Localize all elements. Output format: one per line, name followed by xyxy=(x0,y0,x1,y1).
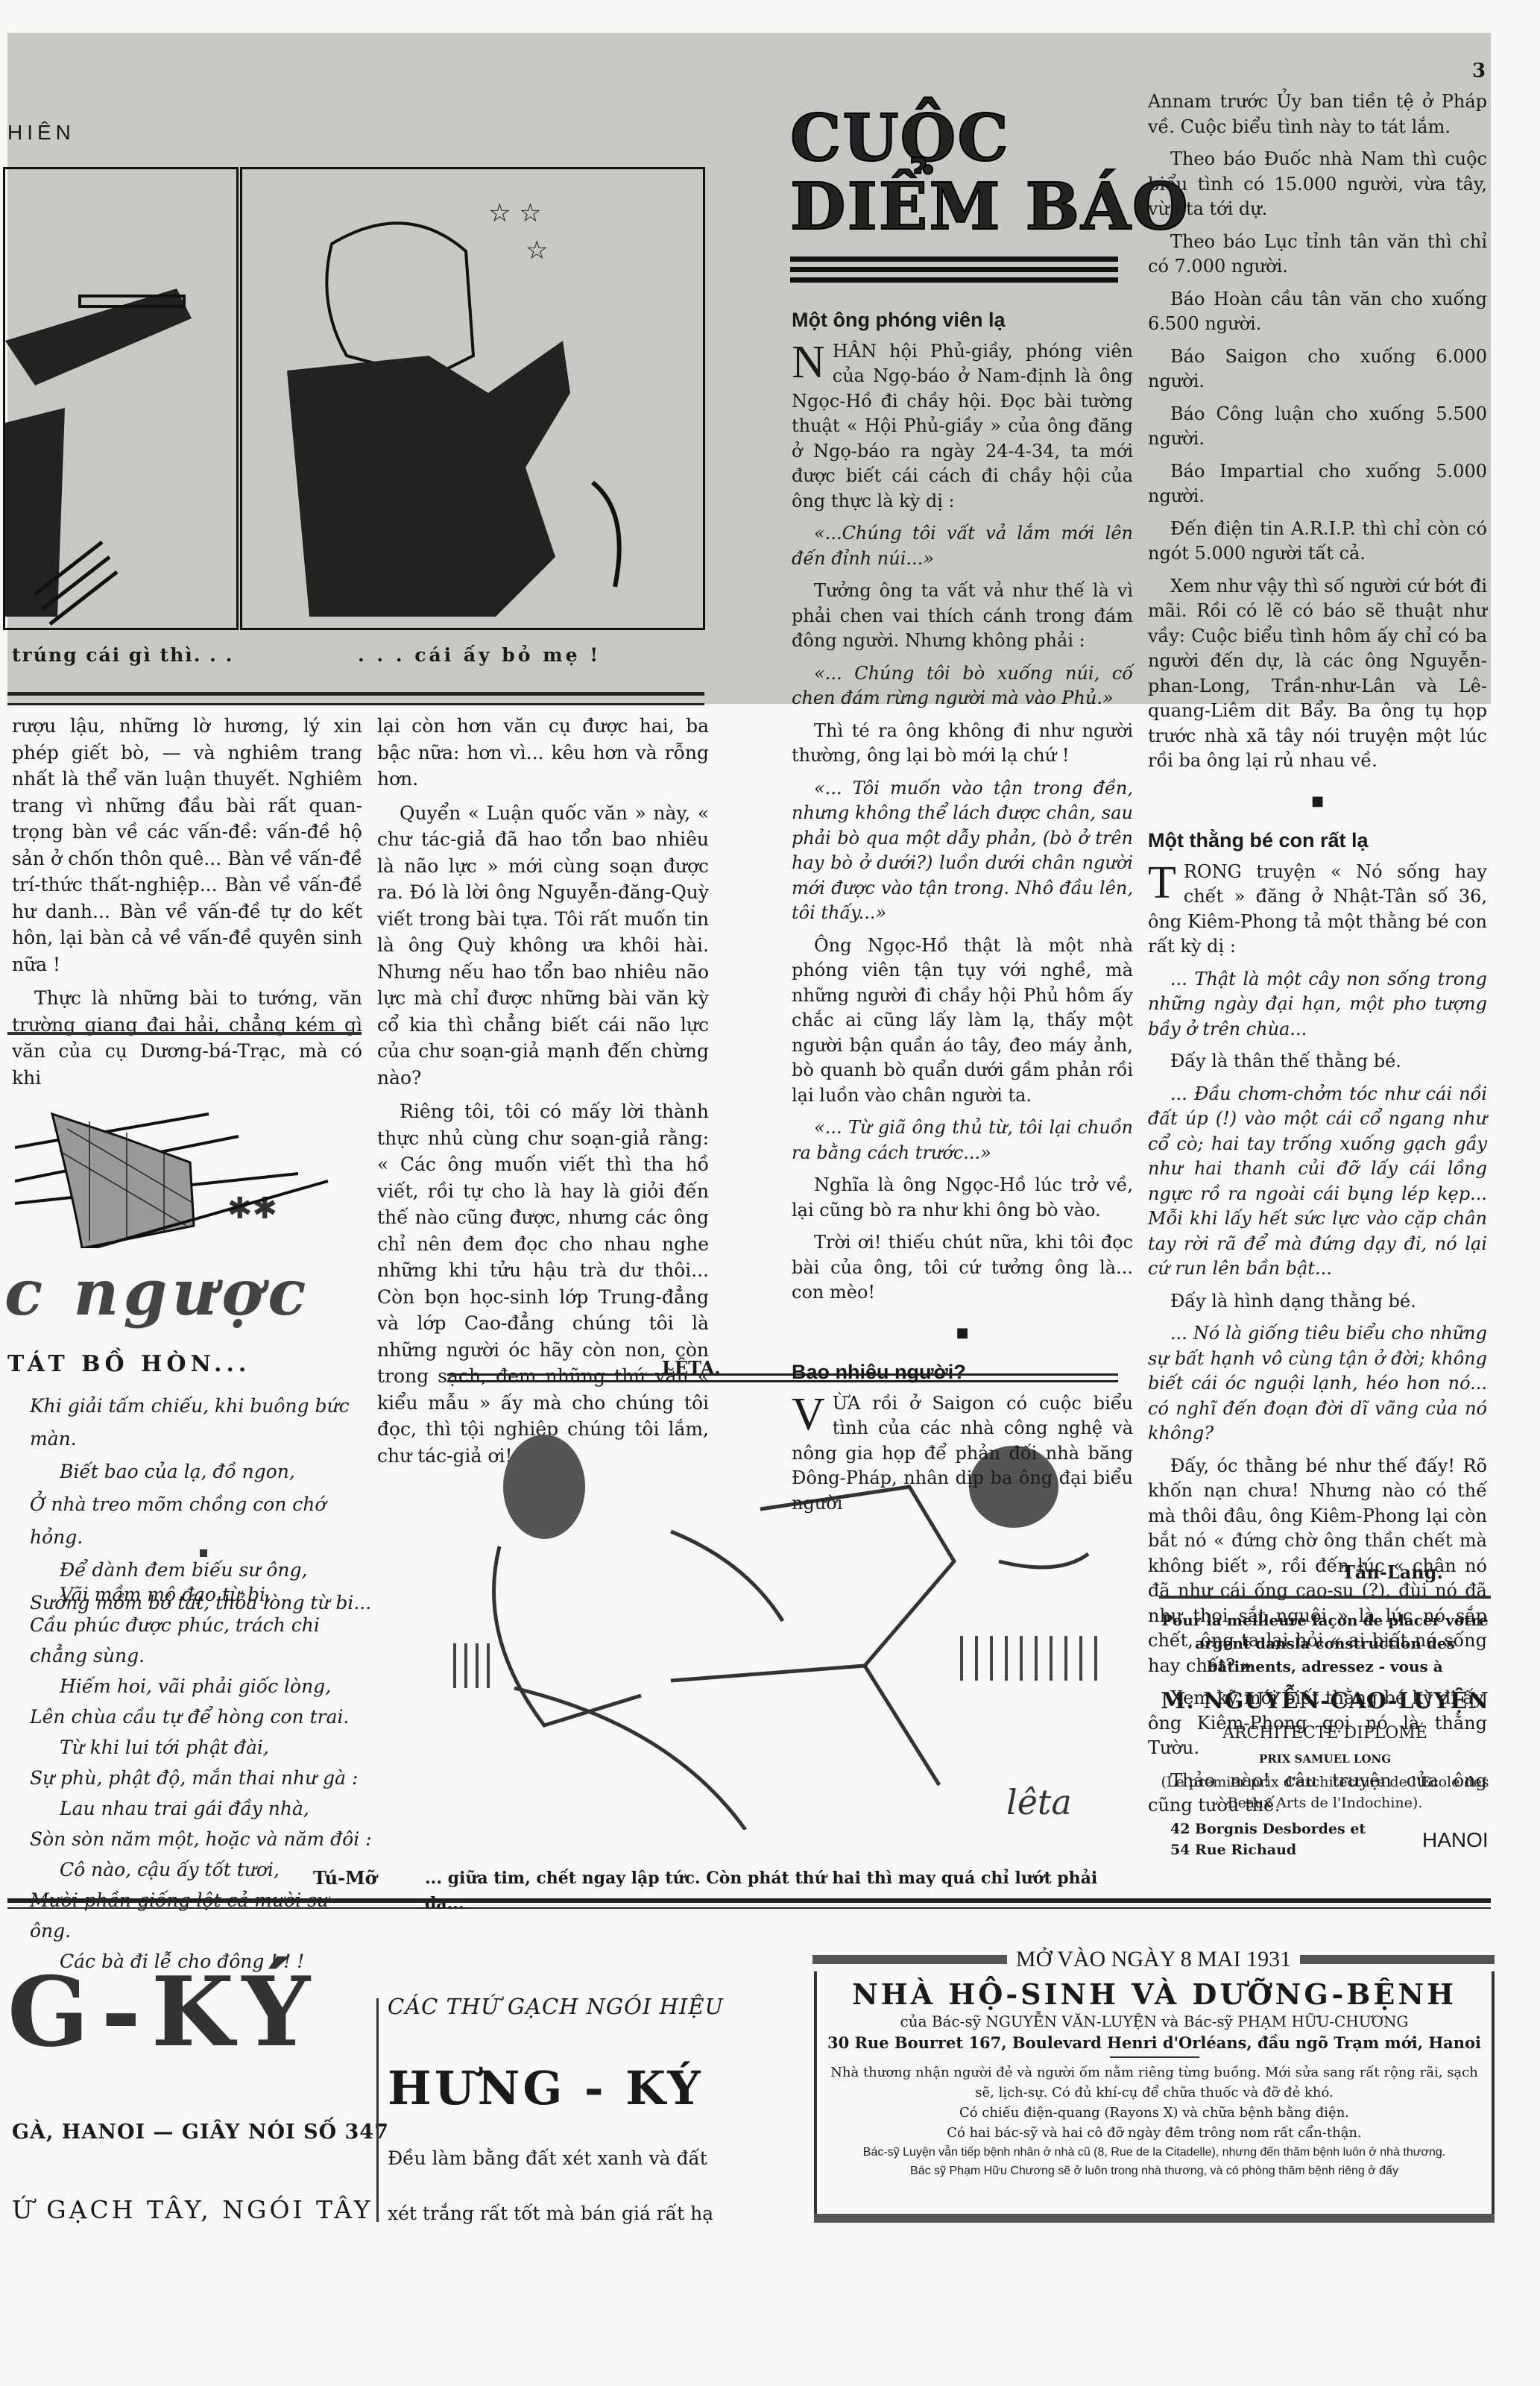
divider xyxy=(1159,1596,1491,1599)
comic-panel-1 xyxy=(3,167,239,630)
paragraph: Thì té ra ông không đi như người thường,… xyxy=(792,719,1133,769)
paragraph: Báo Impartial cho xuống 5.000 người. xyxy=(1148,459,1487,509)
hungky-intro: CÁC THỨ GẠCH NGÓI HIỆU xyxy=(388,1994,724,2019)
poem-line: Khi giải tấm chiếu, khi buông bức màn. xyxy=(30,1390,373,1455)
paragraph: ... Nó là giống tiêu biểu cho những sự b… xyxy=(1148,1321,1487,1447)
hungky-line1: Đều làm bằng đất xét xanh và đất xyxy=(388,2147,707,2169)
paragraph: Quyển « Luận quốc văn » này, « chư tác-g… xyxy=(377,800,709,1092)
clinic-doctors: của Bác-sỹ NGUYỄN VĂN-LUYỆN và Bác-sỹ PH… xyxy=(817,2012,1492,2030)
column-left-top: rượu lậu, những lờ hương, lý xin phép gi… xyxy=(12,713,362,1098)
newspaper-page: 3 HIÊN ☆ ☆ ☆ trúng cái gì thì. . . . . .… xyxy=(7,33,1521,2329)
clinic-body-3: Có hai bác-sỹ và hai cô đỡ ngày đêm trôn… xyxy=(817,2123,1492,2143)
signature-tu-mo: Tú-Mỡ xyxy=(313,1867,377,1889)
clinic-banner: MỞ VÀO NGÀY 8 MAI 1931 xyxy=(1007,1947,1300,1972)
paragraph: Nghĩa là ông Ngọc-Hồ lúc trở về, lại cũn… xyxy=(792,1173,1133,1223)
poem-line: Biết bao của lạ, đồ ngon, xyxy=(30,1455,373,1488)
architect-address-2: 54 Rue Richaud xyxy=(1170,1842,1296,1858)
poem-line: Sự phù, phật độ, mắn thai như gà : xyxy=(30,1763,373,1793)
poem-line: Cầu phúc được phúc, trách chi chẳng sùng… xyxy=(30,1610,373,1671)
comic-caption-2: . . . cái ấy bỏ mẹ ! xyxy=(358,644,601,666)
paragraph: Báo Saigon cho xuống 6.000 người. xyxy=(1148,344,1487,394)
poem-heading: TÁT BỒ HÒN... xyxy=(7,1351,250,1377)
paragraph: Xem như vậy thì số người cứ bớt đi mãi. … xyxy=(1148,574,1487,774)
paragraph: HÂN hội Phủ-giầy, phóng viên của Ngọ-báo… xyxy=(792,341,1133,511)
clinic-body-5: Bác sỹ Phạm Hữu Chương sẽ ở luôn trong n… xyxy=(817,2162,1492,2180)
poem-line: Sòn sòn năm một, hoặc và năm đôi : xyxy=(30,1824,373,1854)
paragraph: ỪA rồi ở Saigon có cuộc biểu tình của cá… xyxy=(792,1393,1133,1514)
svg-text:☆ ☆: ☆ ☆ xyxy=(488,198,542,228)
poem-line: Lên chùa cầu tự để hòng con trai. xyxy=(30,1702,373,1732)
paragraph: Đấy là hình dạng thằng bé. xyxy=(1148,1289,1487,1315)
paragraph: «... Từ giã ông thủ từ, tôi lại chuồn ra… xyxy=(792,1115,1133,1165)
paragraph: Đến điện tin A.R.I.P. thì chỉ còn có ngó… xyxy=(1148,517,1487,567)
press-review-column-1: Một ông phóng viên lạ NHÂN hội Phủ-giầy,… xyxy=(792,298,1133,1523)
clinic-title: NHÀ HỘ-SINH VÀ DƯỠNG-BỆNH xyxy=(817,1977,1492,2011)
architect-ad-intro: Pour la meilleure façon de placer votre … xyxy=(1159,1609,1491,1678)
poem-line: Hiếm hoi, vãi phải giốc lòng, xyxy=(30,1671,373,1702)
article-heading: Bao nhiêu người? xyxy=(792,1360,1133,1385)
artist-signature: lêta xyxy=(1006,1782,1072,1822)
paragraph: Theo báo Đuốc nhà Nam thì cuộc biểu tình… xyxy=(1148,147,1487,222)
divider xyxy=(7,1898,1491,1909)
clinic-body-2: Có chiếu điện-quang (Rayons X) và chữa b… xyxy=(817,2103,1492,2123)
ad-separator xyxy=(376,1998,379,2222)
title-triple-rule xyxy=(790,256,1118,283)
comic-caption-1: trúng cái gì thì. . . xyxy=(12,644,233,666)
poem-stanza-2: Vãi mầm mộ đạo từ bi, Cầu phúc được phúc… xyxy=(30,1579,373,1977)
architect-prize-note: (Le premier prix d'architecture de l'Eco… xyxy=(1159,1772,1491,1813)
clinic-body-1: Nhà thương nhận người đẻ và người ốm nằm… xyxy=(817,2062,1492,2103)
column-mid-top: lại còn hơn văn cụ được hai, ba bậc nữa:… xyxy=(377,713,709,1476)
paragraph: Tưởng ông ta vất vả như thế là vì phải c… xyxy=(792,579,1133,654)
paragraph: Annam trước Ủy ban tiền tệ ở Pháp về. Cu… xyxy=(1148,89,1487,139)
clinic-bottom-bar xyxy=(814,2214,1495,2223)
paragraph: «... Chúng tôi bò xuống núi, cố chen đám… xyxy=(792,661,1133,711)
paragraph: ... Thật là một cây non sống trong những… xyxy=(1148,967,1487,1042)
architect-title: ARCHITECTE DIPLOMÉ xyxy=(1159,1724,1491,1743)
paragraph: ... Đầu chơm-chởm tóc như cái nồi đất úp… xyxy=(1148,1082,1487,1282)
clinic-banner-row: MỞ VÀO NGÀY 8 MAI 1931 xyxy=(812,1952,1495,1967)
article-heading: Một thằng bé con rất lạ xyxy=(1148,828,1487,854)
architect-city: HANOI xyxy=(1422,1828,1489,1852)
divider xyxy=(1110,2056,1199,2058)
gky-line1: GÀ, HANOI — GIÂY NÓI SỐ 347 xyxy=(12,2121,389,2144)
drop-cap: V xyxy=(792,1393,825,1436)
paragraph: Ông Ngọc-Hồ thật là một nhà phóng viên t… xyxy=(792,934,1133,1109)
paragraph: Đấy là thân thế thằng bé. xyxy=(1148,1049,1487,1074)
comic-panel-2: ☆ ☆ ☆ xyxy=(240,167,705,630)
clinic-body-4: Bác-sỹ Luyện vẫn tiếp bệnh nhân ở nhà cũ… xyxy=(817,2143,1492,2162)
paragraph: RONG truyện « Nó sống hay chết » đăng ở … xyxy=(1148,861,1487,957)
divider xyxy=(7,1032,362,1035)
paragraph: lại còn hơn văn cụ được hai, ba bậc nữa:… xyxy=(377,713,709,793)
page-number: 3 xyxy=(1472,60,1486,82)
poem-line: Mười phần giống lột cả mười sư ông. xyxy=(30,1885,373,1946)
poem-line: Từ khi lui tới phật đài, xyxy=(30,1732,373,1763)
paragraph: rượu lậu, những lờ hương, lý xin phép gi… xyxy=(12,713,362,978)
poem-line: Ở nhà treo mõm chồng con chớ hỏng. xyxy=(30,1488,373,1554)
paragraph: Theo báo Lục tỉnh tân văn thì chỉ có 7.0… xyxy=(1148,230,1487,280)
hungky-line2: xét trắng rất tốt mà bán giá rất hạ xyxy=(388,2203,713,2224)
architect-name: M. NGUYỄN-CAO-LUYỆN xyxy=(1159,1688,1491,1714)
hungky-brand: HƯNG - KÝ xyxy=(388,2061,704,2115)
paragraph: «...Chúng tôi vất vả lắm mới lên đến đỉn… xyxy=(792,521,1133,571)
section-separator xyxy=(200,1549,207,1557)
poem-line: Vãi mầm mộ đạo từ bi, xyxy=(30,1579,373,1610)
slingshot-figure-icon xyxy=(5,169,236,628)
comic-header: HIÊN xyxy=(7,121,75,145)
paragraph: Thực là những bài to tướng, văn trường g… xyxy=(12,985,362,1091)
architect-address-1: 42 Borgnis Desbordes et xyxy=(1170,1821,1366,1837)
sailboat-illustration: ✱✱ xyxy=(15,1092,358,1248)
svg-text:☆: ☆ xyxy=(526,236,548,265)
press-review-title-line1: CUỘC xyxy=(790,104,1010,173)
signature-tan-lang: Tần-Lang. xyxy=(1342,1561,1443,1583)
poem-title-script: c ngược xyxy=(4,1256,310,1329)
section-separator: ■ xyxy=(1148,789,1487,814)
clinic-ad-box: NHÀ HỘ-SINH VÀ DƯỠNG-BỆNH của Bác-sỹ NGU… xyxy=(814,1971,1495,2217)
architect-prize: PRIX SAMUEL LONG xyxy=(1159,1752,1491,1766)
section-separator: ■ xyxy=(792,1321,1133,1346)
drop-cap: T xyxy=(1148,861,1176,904)
clinic-address: 30 Rue Bourret 167, Boulevard Henri d'Or… xyxy=(817,2033,1492,2052)
paragraph: «... Tôi muốn vào tận trong đền, nhưng k… xyxy=(792,776,1133,926)
paragraph: Báo Hoàn cầu tân văn cho xuống 6.500 ngư… xyxy=(1148,287,1487,337)
gky-brand: G-KÝ xyxy=(7,1957,321,2068)
divider xyxy=(7,692,704,705)
press-review-title-line2: DIỂM BÁO xyxy=(790,173,1190,242)
article-heading: Một ông phóng viên lạ xyxy=(792,308,1133,333)
drop-cap: N xyxy=(792,341,825,384)
dazed-man-figure-icon: ☆ ☆ ☆ xyxy=(242,169,703,628)
paragraph: Báo Công luận cho xuống 5.500 người. xyxy=(1148,402,1487,452)
poem-line: Lau nhau trai gái đầy nhà, xyxy=(30,1793,373,1824)
paragraph: Trời ơi! thiếu chút nữa, khi tôi đọc bài… xyxy=(792,1230,1133,1306)
gky-line2: Ứ GẠCH TÂY, NGÓI TÂY xyxy=(12,2195,373,2224)
